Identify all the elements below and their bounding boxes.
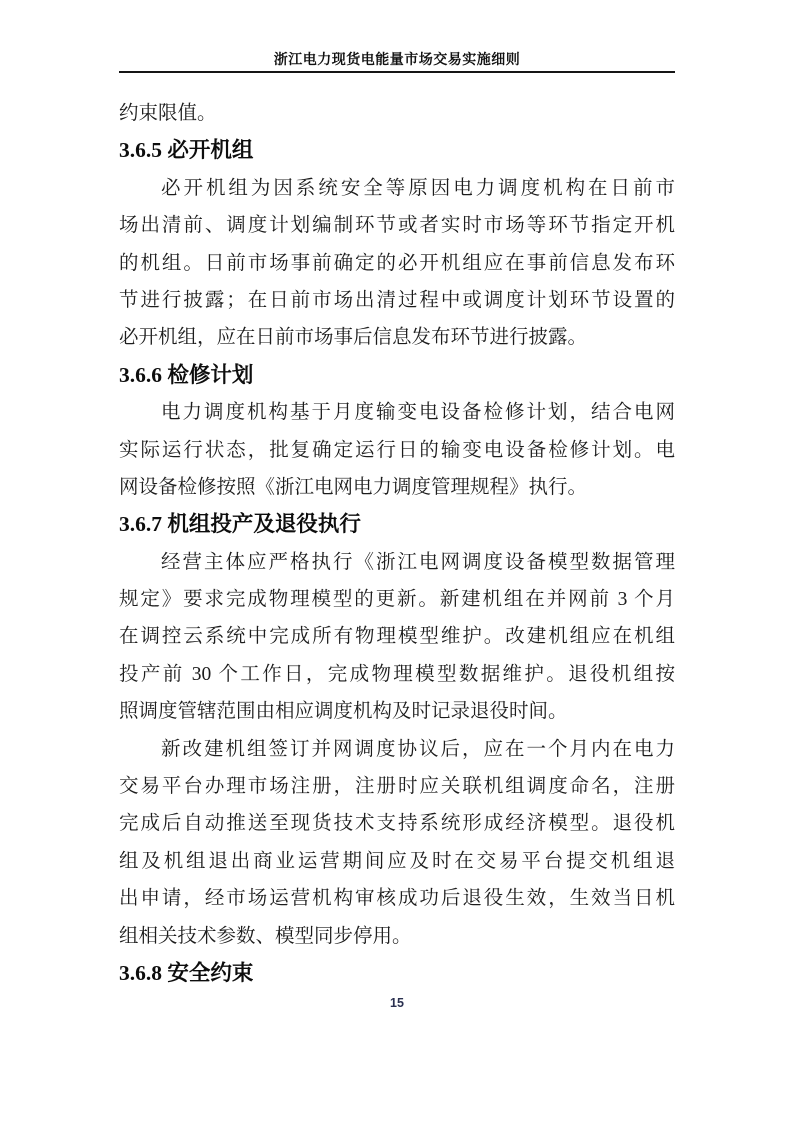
paragraph-line: 电力调度机构基于月度输变电设备检修计划，结合电网 bbox=[119, 394, 675, 431]
paragraph-line: 出申请，经市场运营机构审核成功后退役生效，生效当日机 bbox=[119, 880, 675, 917]
paragraph-line: 实际运行状态，批复确定运行日的输变电设备检修计划。电 bbox=[119, 432, 675, 469]
paragraph-line: 组及机组退出商业运营期间应及时在交易平台提交机组退 bbox=[119, 843, 675, 880]
paragraph-line: 新改建机组签订并网调度协议后，应在一个月内在电力 bbox=[119, 731, 675, 768]
paragraph-line: 的机组。日前市场事前确定的必开机组应在事前信息发布环 bbox=[119, 245, 675, 282]
paragraph-line: 规定》要求完成物理模型的更新。新建机组在并网前 3 个月 bbox=[119, 581, 675, 618]
paragraph-line: 在调控云系统中完成所有物理模型维护。改建机组应在机组 bbox=[119, 618, 675, 655]
paragraph-line: 场出清前、调度计划编制环节或者实时市场等环节指定开机 bbox=[119, 207, 675, 244]
header-rule bbox=[119, 71, 675, 73]
paragraph-line: 必开机组为因系统安全等原因电力调度机构在日前市 bbox=[119, 170, 675, 207]
section-heading-3-6-7: 3.6.7 机组投产及退役执行 bbox=[119, 506, 675, 543]
header-title: 浙江电力现货电能量市场交易实施细则 bbox=[0, 49, 794, 69]
document-body: 约束限值。 3.6.5 必开机组 必开机组为因系统安全等原因电力调度机构在日前市… bbox=[119, 95, 675, 992]
paragraph-line: 完成后自动推送至现货技术支持系统形成经济模型。退役机 bbox=[119, 805, 675, 842]
section-heading-3-6-5: 3.6.5 必开机组 bbox=[119, 132, 675, 169]
section-heading-3-6-8: 3.6.8 安全约束 bbox=[119, 955, 675, 992]
paragraph-line: 网设备检修按照《浙江电网电力调度管理规程》执行。 bbox=[119, 469, 675, 506]
paragraph-line: 节进行披露；在日前市场出清过程中或调度计划环节设置的 bbox=[119, 282, 675, 319]
paragraph-line: 必开机组，应在日前市场事后信息发布环节进行披露。 bbox=[119, 319, 675, 356]
page-number: 15 bbox=[0, 996, 794, 1010]
paragraph-line: 交易平台办理市场注册，注册时应关联机组调度命名，注册 bbox=[119, 768, 675, 805]
section-heading-3-6-6: 3.6.6 检修计划 bbox=[119, 357, 675, 394]
paragraph-line: 投产前 30 个工作日，完成物理模型数据维护。退役机组按 bbox=[119, 656, 675, 693]
paragraph-line: 组相关技术参数、模型同步停用。 bbox=[119, 918, 675, 955]
continuation-line: 约束限值。 bbox=[119, 95, 675, 132]
paragraph-line: 照调度管辖范围由相应调度机构及时记录退役时间。 bbox=[119, 693, 675, 730]
document-page: 浙江电力现货电能量市场交易实施细则 约束限值。 3.6.5 必开机组 必开机组为… bbox=[0, 0, 794, 1123]
paragraph-line: 经营主体应严格执行《浙江电网调度设备模型数据管理 bbox=[119, 544, 675, 581]
